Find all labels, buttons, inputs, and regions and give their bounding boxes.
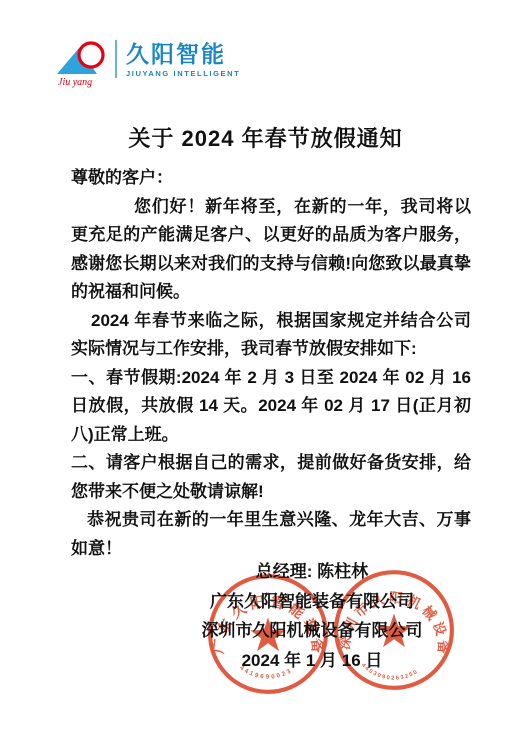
paragraph-greeting: 您们好！新年将至，在新的一年，我司将以更充足的产能满足客户、以更好的品质为客户服… (71, 193, 471, 307)
company-name-en: JIUYANG INTELLIGENT (126, 69, 240, 78)
document-page: Jiu yang 久阳智能 JIUYANG INTELLIGENT 关于 202… (0, 0, 531, 754)
salutation: 尊敬的客户： (71, 164, 471, 193)
logo-sun-circle (79, 43, 103, 67)
signature-block: 总经理: 陈柱林 广东久阳智能装备有限公司 深圳市久阳机械设备有限公司 2024… (180, 557, 444, 675)
paragraph-holiday-dates: 一、春节假期:2024 年 2 月 3 日至 2024 年 02 月 16 日放… (71, 364, 471, 450)
company-name-cn: 久阳智能 (126, 42, 240, 66)
logo-wordmark: 久阳智能 JIUYANG INTELLIGENT (126, 42, 240, 78)
document-body: 尊敬的客户： 您们好！新年将至，在新的一年，我司将以更充足的产能满足客户、以更好… (71, 164, 471, 563)
signer-line: 总经理: 陈柱林 (180, 557, 444, 587)
logo-script-text: Jiu yang (58, 77, 92, 88)
date-line: 2024 年 1 月 16 日 (180, 646, 444, 676)
company-header: Jiu yang 久阳智能 JIUYANG INTELLIGENT (55, 36, 240, 88)
paragraph-notice-intro: 2024 年春节来临之际，根据国家规定并结合公司实际情况与工作安排，我司春节放假… (71, 307, 471, 364)
paragraph-wishes: 恭祝贵司在新的一年里生意兴隆、龙年大吉、万事如意！ (71, 506, 471, 563)
jiuyang-logo-icon: Jiu yang (55, 36, 111, 88)
company-line-2: 深圳市久阳机械设备有限公司 (180, 616, 444, 646)
page-title: 关于 2024 年春节放假通知 (0, 122, 531, 153)
paragraph-customer-advice: 二、请客户根据自己的需求，提前做好备货安排，给您带来不便之处敬请谅解! (71, 449, 471, 506)
company-line-1: 广东久阳智能装备有限公司 (180, 587, 444, 617)
logo-divider (115, 40, 117, 78)
